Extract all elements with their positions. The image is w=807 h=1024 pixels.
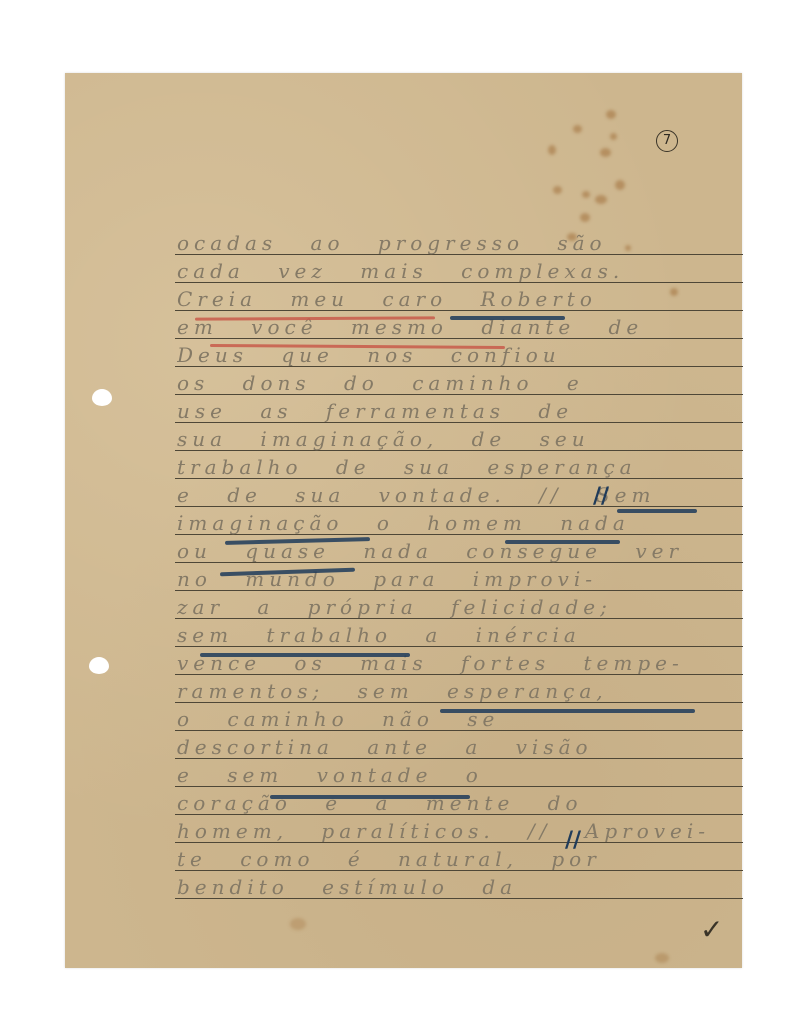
paragraph-mark: //: [565, 828, 581, 853]
stain: [655, 953, 669, 963]
stain: [573, 125, 582, 133]
handwritten-line: sem trabalho a inércia: [177, 622, 737, 648]
stain: [615, 180, 625, 190]
blue-underline: [450, 316, 565, 320]
handwritten-line: ocadas ao progresso são: [177, 230, 737, 256]
page-number: 7: [656, 130, 678, 152]
blue-underline: [505, 540, 620, 544]
punch-hole-bottom: [89, 657, 109, 674]
handwritten-line: sua imaginação, de seu: [177, 426, 737, 452]
handwritten-line: descortina ante a visão: [177, 734, 737, 760]
handwritten-line: cada vez mais complexas.: [177, 258, 737, 284]
handwritten-line: ramentos; sem esperança,: [177, 678, 737, 704]
blue-underline: [200, 653, 410, 657]
handwritten-line: coração e a mente do: [177, 790, 737, 816]
blue-underline: [270, 795, 470, 799]
stain: [290, 918, 306, 930]
punch-hole-top: [92, 389, 112, 406]
handwritten-line: os dons do caminho e: [177, 370, 737, 396]
manuscript-page: 7 ocadas ao progresso são cada vez mais …: [65, 73, 742, 968]
handwritten-line: zar a própria felicidade;: [177, 594, 737, 620]
stain: [580, 213, 590, 222]
stain: [610, 133, 617, 140]
paragraph-mark: //: [593, 484, 609, 509]
stain: [600, 148, 611, 157]
stain: [582, 191, 590, 198]
handwritten-line: e de sua vontade. // Sem: [177, 482, 737, 508]
handwritten-line: homem, paralíticos. // Aprovei-: [177, 818, 737, 844]
blue-underline: [440, 709, 695, 713]
stain: [548, 145, 556, 155]
handwritten-line: e sem vontade o: [177, 762, 737, 788]
handwritten-line: trabalho de sua esperança: [177, 454, 737, 480]
stain: [595, 195, 607, 204]
handwritten-line: te como é natural, por: [177, 846, 737, 872]
handwritten-line: bendito estímulo da: [177, 874, 737, 900]
handwritten-line: imaginação o homem nada: [177, 510, 737, 536]
stain: [553, 186, 562, 194]
handwritten-line: Creia meu caro Roberto: [177, 286, 737, 312]
checkmark-icon: ✓: [700, 913, 723, 946]
blue-underline: [617, 509, 697, 513]
handwritten-line: use as ferramentas de: [177, 398, 737, 424]
stain: [606, 110, 616, 119]
